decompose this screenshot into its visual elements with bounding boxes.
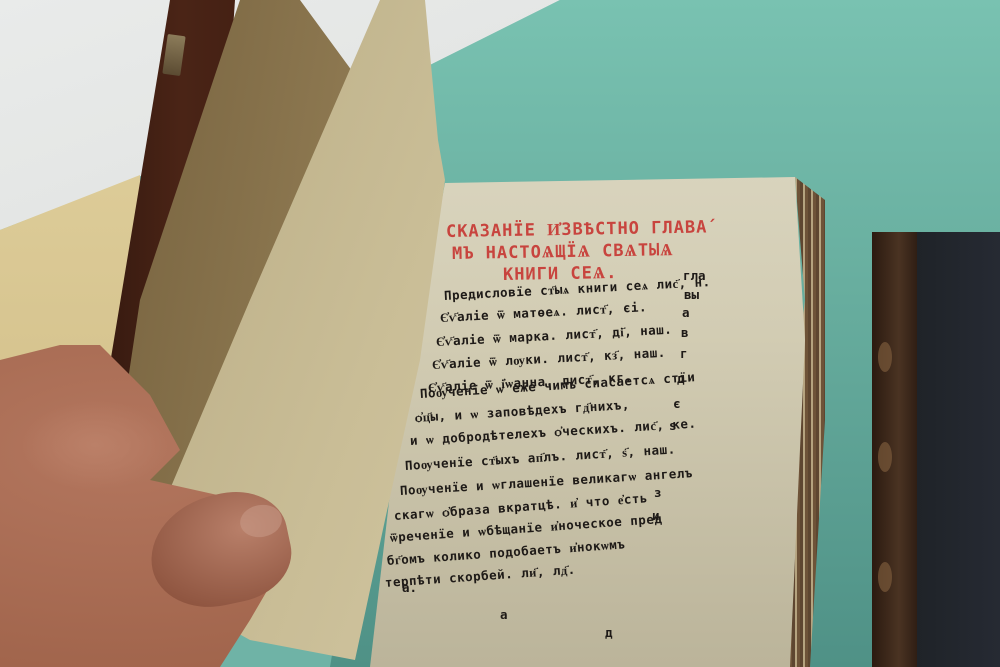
photo-scene: Сказанїе и҆звѣстно глава́ мъ настоѧщїѧ с…: [0, 0, 1000, 667]
second-book: [872, 232, 1000, 667]
leather-wear: [878, 562, 892, 592]
hand-knuckle: [20, 400, 170, 490]
leather-wear: [878, 342, 892, 372]
leather-wear: [878, 442, 892, 472]
